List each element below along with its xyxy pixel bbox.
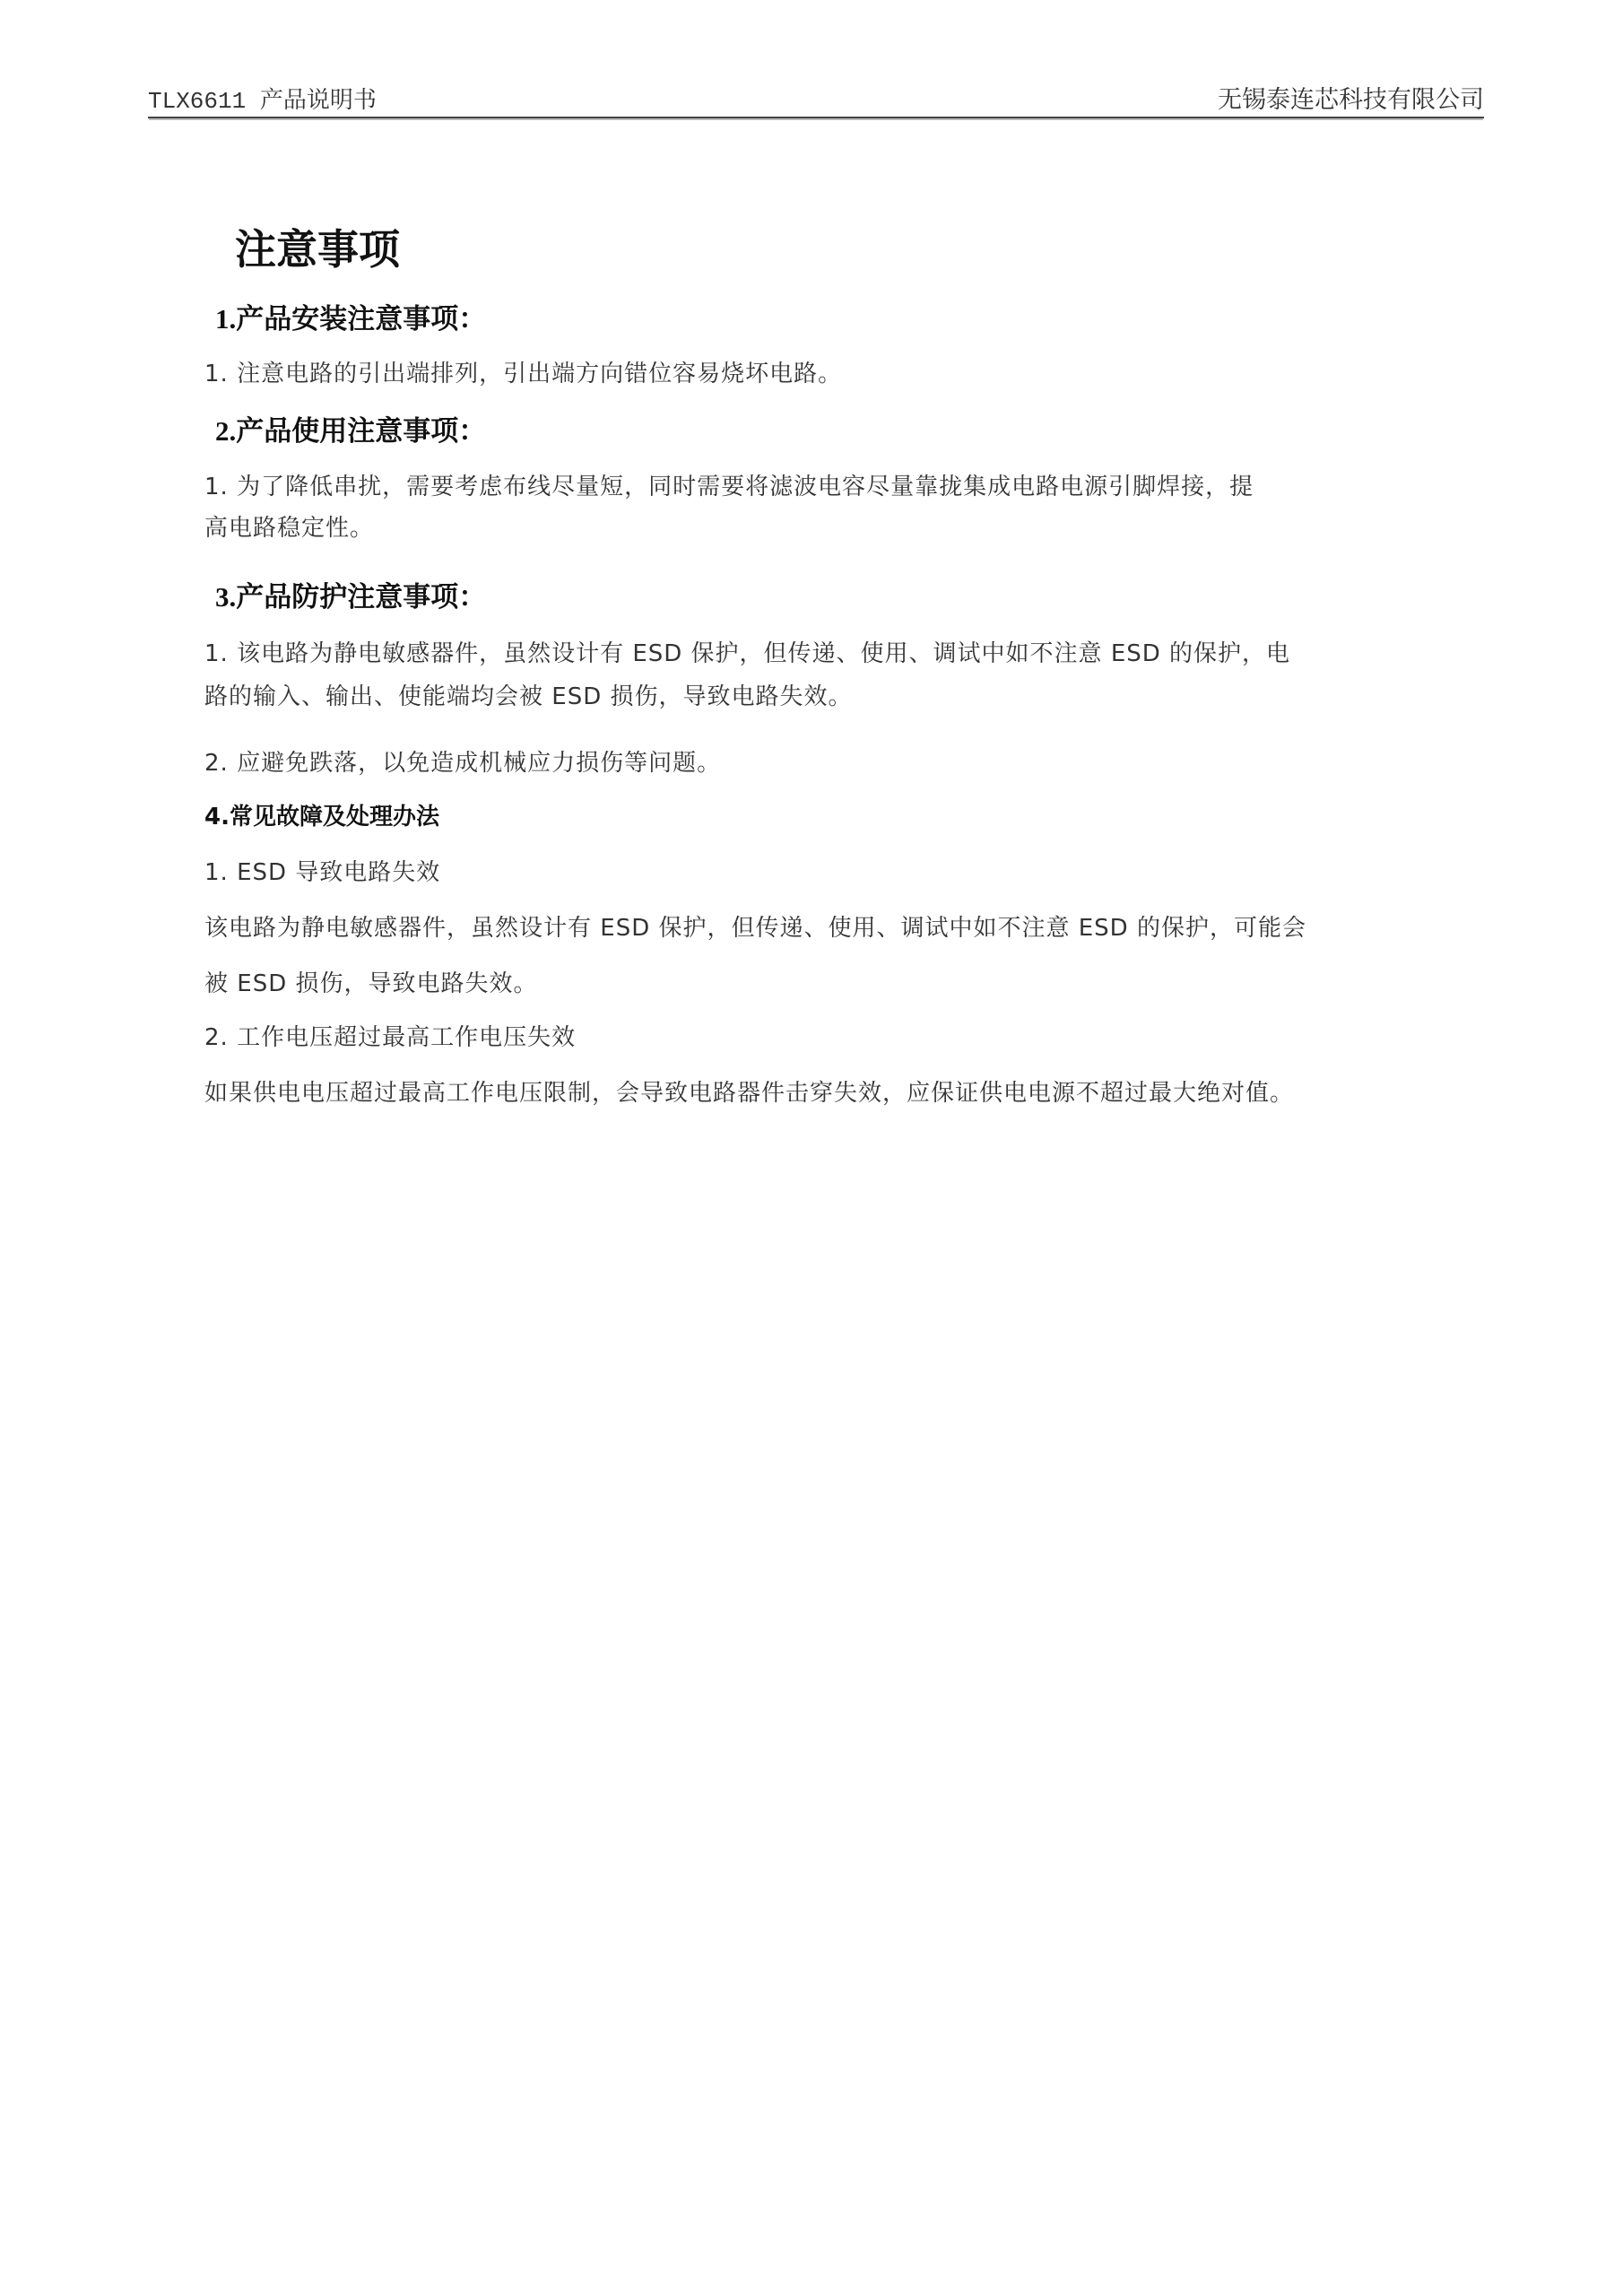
section-heading-faults: 4.常见故障及处理办法 xyxy=(204,798,439,831)
paragraph: 2. 工作电压超过最高工作电压失效 xyxy=(204,1019,576,1052)
paragraph: 1. ESD 导致电路失效 xyxy=(204,854,440,887)
page-header: TLX6611 产品说明书 无锡泰连芯科技有限公司 xyxy=(148,86,1484,118)
paragraph: 1. 为了降低串扰，需要考虑布线尽量短，同时需要将滤波电容尽量靠拢集成电路电源引… xyxy=(204,468,1254,501)
paragraph: 被 ESD 损伤，导致电路失效。 xyxy=(204,965,537,998)
paragraph: 该电路为静电敏感器件，虽然设计有 ESD 保护，但传递、使用、调试中如不注意 E… xyxy=(204,909,1306,943)
section-heading-protection: 3.产品防护注意事项： xyxy=(215,574,486,614)
paragraph: 1. 注意电路的引出端排列，引出端方向错位容易烧坏电路。 xyxy=(204,355,842,388)
section-heading-installation: 1.产品安装注意事项： xyxy=(215,296,486,336)
paragraph: 路的输入、输出、使能端均会被 ESD 损伤，导致电路失效。 xyxy=(204,678,852,711)
section-heading-usage: 2.产品使用注意事项： xyxy=(215,408,486,448)
paragraph: 高电路稳定性。 xyxy=(204,509,374,543)
paragraph: 如果供电电压超过最高工作电压限制，会导致电路器件击穿失效，应保证供电电源不超过最… xyxy=(204,1074,1294,1108)
header-doc-title: TLX6611 产品说明书 xyxy=(148,82,377,115)
paragraph: 2. 应避免跌落，以免造成机械应力损伤等问题。 xyxy=(204,744,721,778)
header-company: 无锡泰连芯科技有限公司 xyxy=(1218,80,1484,115)
paragraph: 1. 该电路为静电敏感器件，虽然设计有 ESD 保护，但传递、使用、调试中如不注… xyxy=(204,635,1290,668)
page-title: 注意事项 xyxy=(235,217,400,276)
